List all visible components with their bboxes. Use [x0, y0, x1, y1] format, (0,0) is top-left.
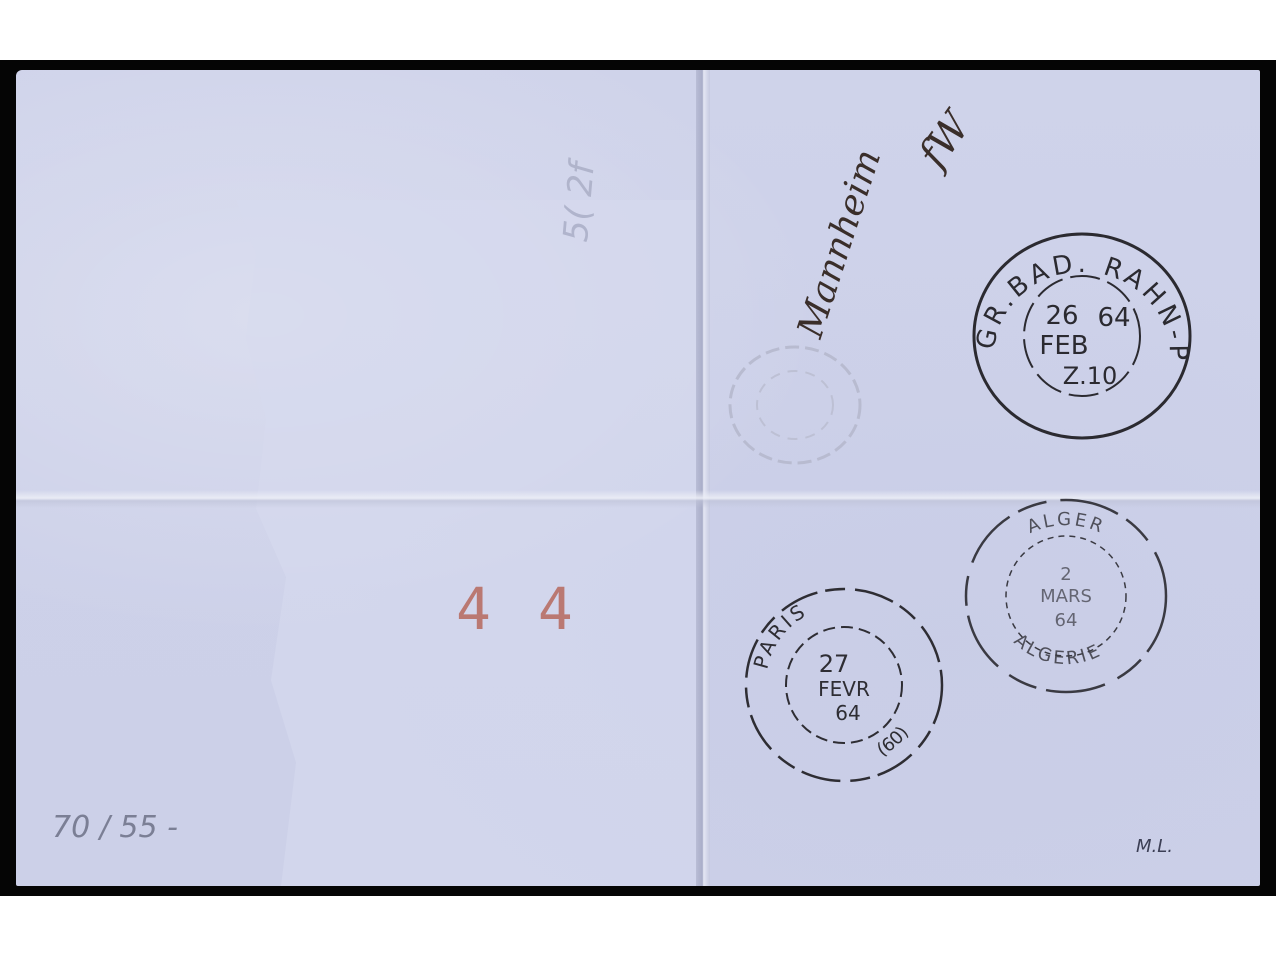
paris-postmark: PARIS (60) 27 FEVR 64 — [738, 582, 950, 788]
red-crayon-rate-mark: 4 4 — [456, 575, 579, 643]
handwritten-mark: fW — [910, 104, 980, 176]
left-panel: 5( 2f 4 4 70 / 55 - — [16, 70, 698, 886]
svg-text:PARIS: PARIS — [749, 598, 812, 671]
algeria-postmark: ALGER ALGERIE 2 MARS 64 — [960, 494, 1172, 698]
pencil-inventory-note: 70 / 55 - — [52, 810, 178, 845]
vertical-fold — [696, 70, 710, 886]
baden-postmark: GR.BAD. RAHN-POST 26 64 FEB Z.10 — [964, 226, 1200, 446]
svg-text:FEVR: FEVR — [818, 677, 870, 701]
pencil-initials: M.L. — [1136, 836, 1173, 857]
letter-cover: 5( 2f 4 4 70 / 55 - Mannheim fW GR.B — [16, 70, 1260, 886]
faint-pencil-notes: 5( 2f — [556, 161, 603, 243]
svg-text:64: 64 — [835, 701, 860, 725]
right-panel: Mannheim fW GR.BAD. RAHN-POST 26 64 — [710, 70, 1260, 886]
svg-text:(60): (60) — [873, 723, 913, 761]
svg-text:ALGERIE: ALGERIE — [1010, 630, 1106, 670]
svg-text:27: 27 — [819, 650, 850, 678]
baden-day: 26 — [1045, 301, 1078, 331]
svg-text:ALGER: ALGER — [1024, 509, 1108, 538]
svg-text:MARS: MARS — [1040, 586, 1092, 607]
baden-time: Z.10 — [1063, 362, 1118, 390]
svg-text:64: 64 — [1055, 610, 1078, 631]
svg-text:2: 2 — [1060, 564, 1071, 585]
baden-year: 64 — [1097, 303, 1130, 333]
handwritten-city: Mannheim — [790, 145, 889, 343]
torn-edge-area — [196, 200, 696, 886]
faded-postmark — [720, 340, 870, 470]
baden-month: FEB — [1039, 331, 1088, 361]
